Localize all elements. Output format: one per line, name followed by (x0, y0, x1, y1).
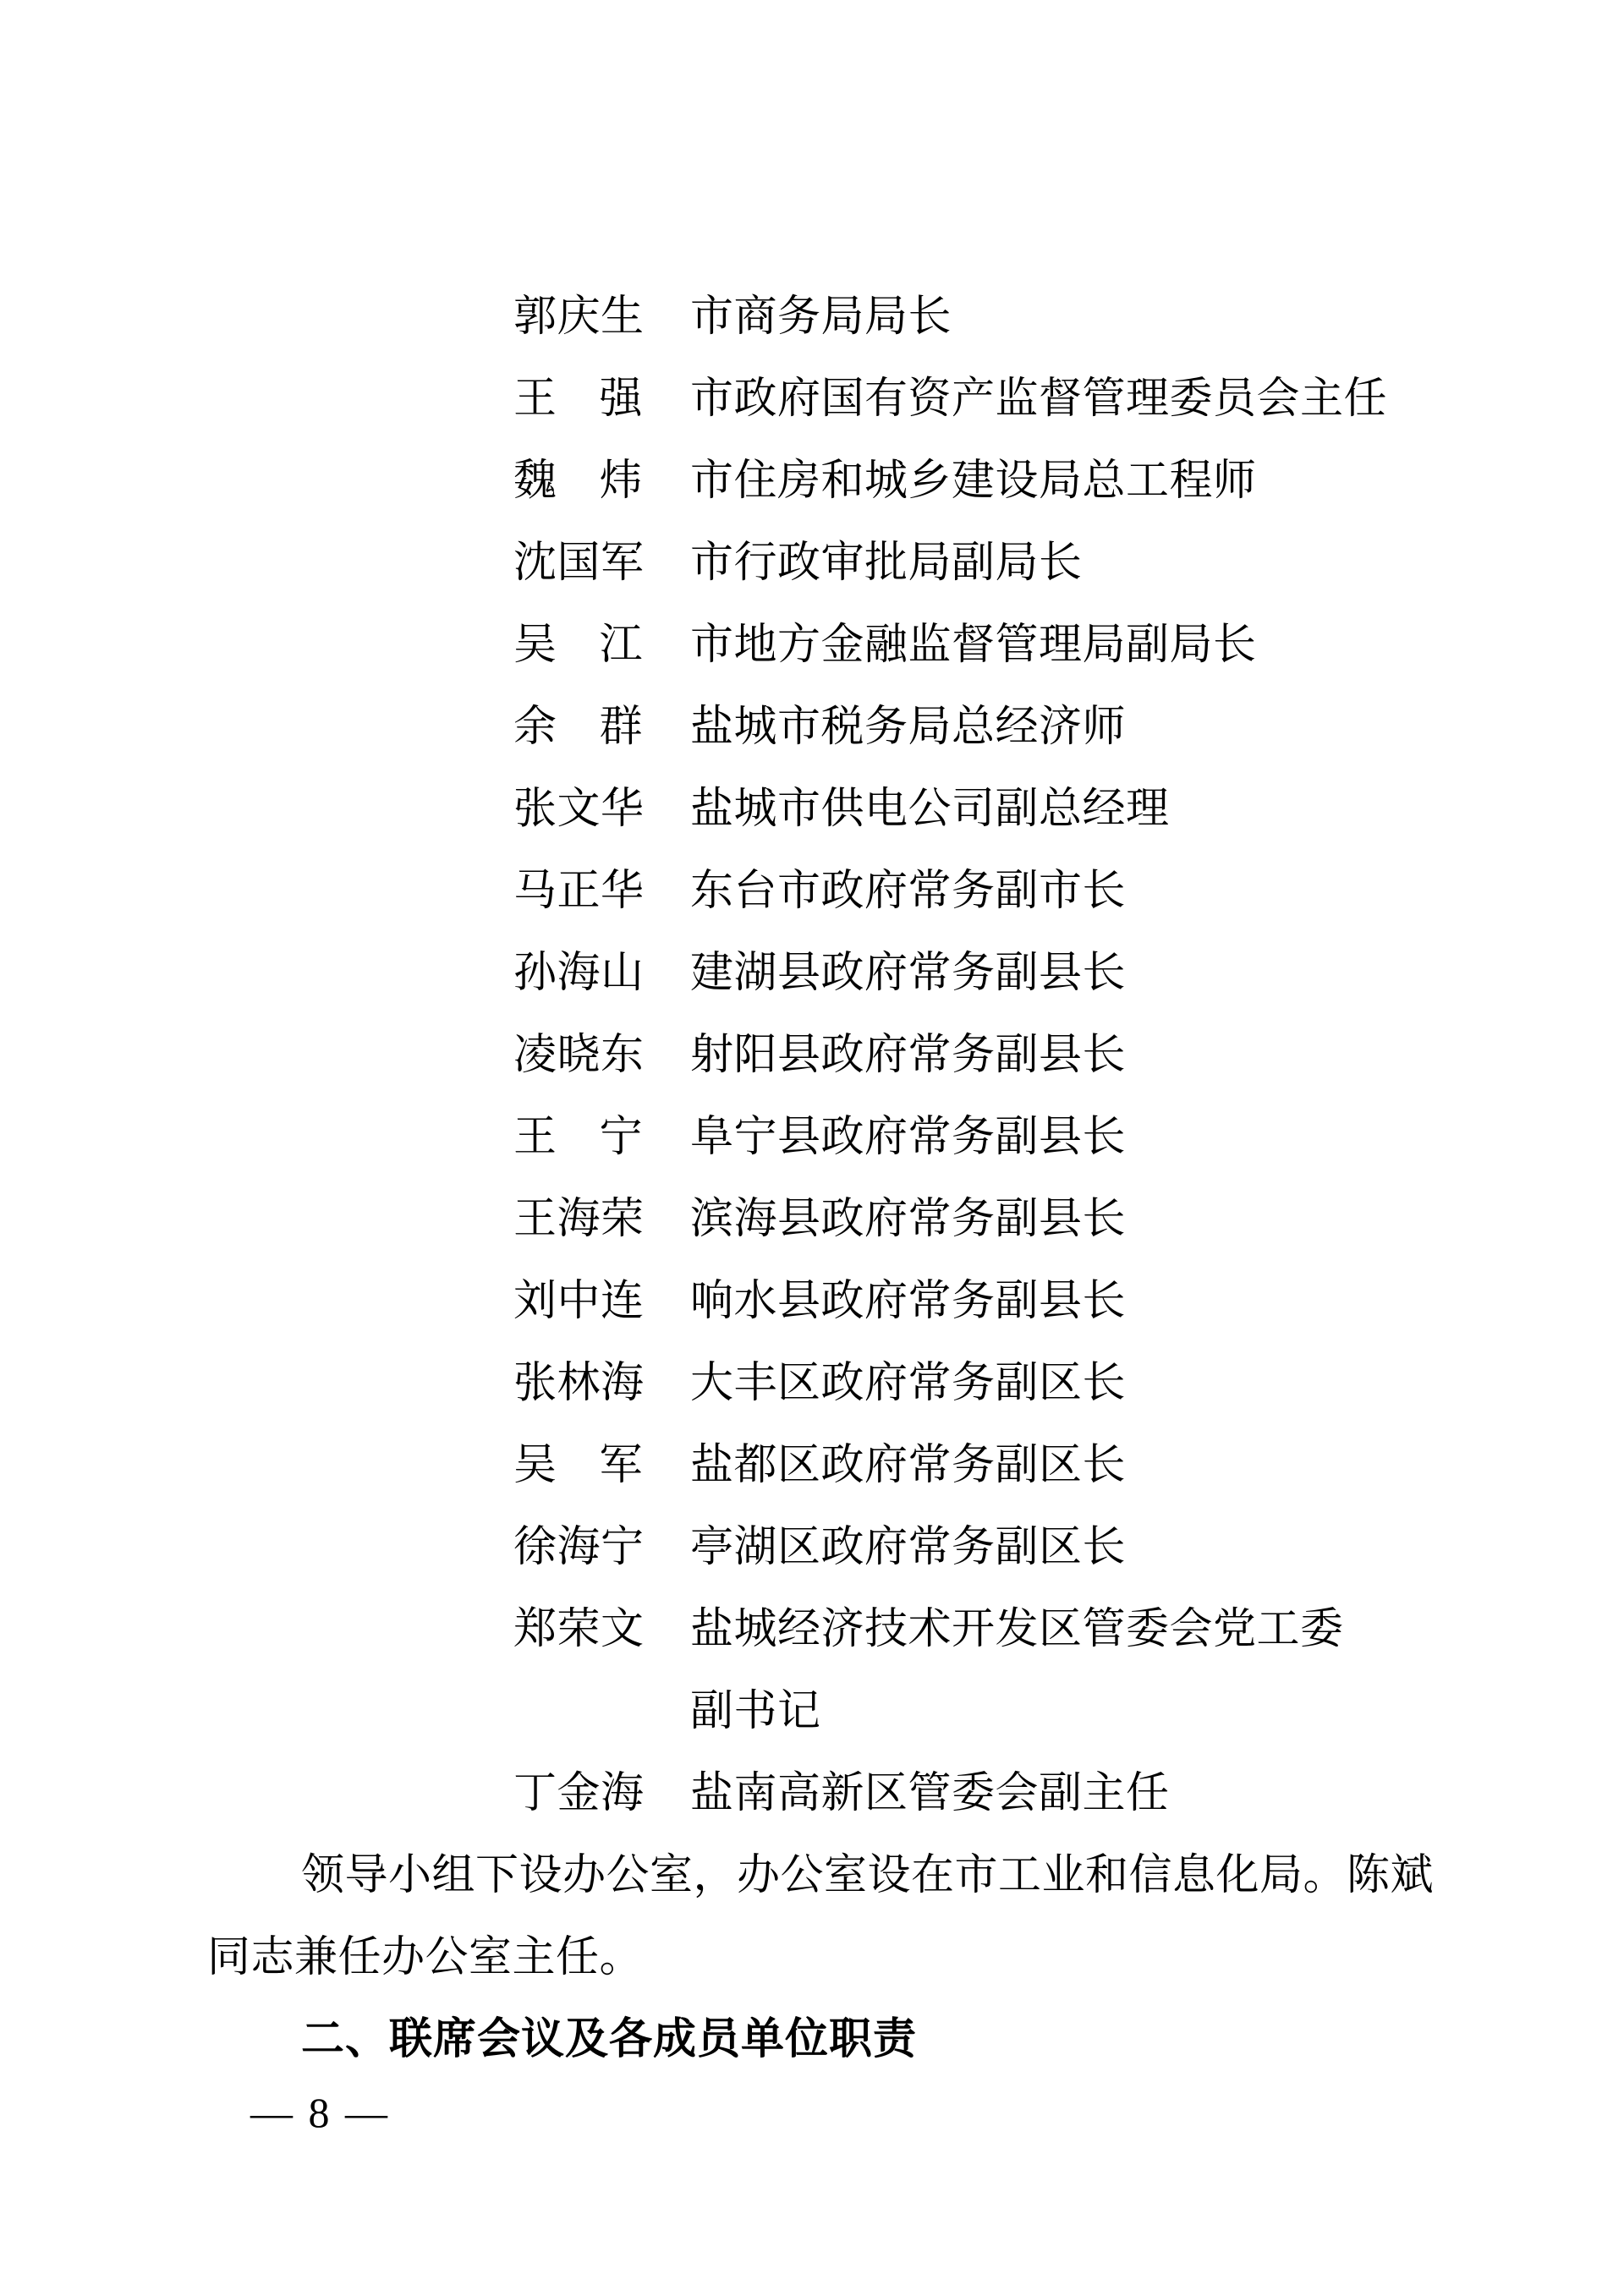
member-title: 市商务局局长 (690, 275, 1417, 357)
member-title-text: 市商务局局长 (690, 292, 952, 340)
member-name: 魏炜 (513, 439, 643, 521)
member-row: 郭庆生 市商务局局长 (207, 275, 1417, 357)
member-row: 王海荣 滨海县政府常务副县长 (207, 1177, 1417, 1259)
member-name: 孙海山 (513, 931, 643, 1013)
member-row: 吴江 市地方金融监督管理局副局长 (207, 603, 1417, 685)
member-name: 吴江 (513, 603, 643, 685)
member-list-section: 郭庆生 市商务局局长 王强 市政府国有资产监督管理委员会主任 魏炜 市住房和城乡… (207, 275, 1417, 2080)
member-name: 凌晓东 (513, 1013, 643, 1095)
member-row: 刘中连 响水县政府常务副县长 (207, 1259, 1417, 1341)
member-title-text: 盐都区政府常务副区长 (690, 1440, 1126, 1488)
member-title-text: 市行政审批局副局长 (690, 538, 1083, 586)
member-name: 吴军 (513, 1423, 643, 1505)
member-title-text: 盐南高新区管委会副主任 (690, 1768, 1170, 1817)
member-row: 吴军 盐都区政府常务副区长 (207, 1423, 1417, 1505)
member-title: 东台市政府常务副市长 (690, 849, 1417, 931)
member-title-text: 大丰区政府常务副区长 (690, 1358, 1126, 1406)
member-title: 亭湖区政府常务副区长 (690, 1505, 1417, 1587)
member-title: 响水县政府常务副县长 (690, 1259, 1417, 1341)
office-paragraph-line2: 同志兼任办公室主任。 (207, 1915, 1417, 1997)
member-title-line2: 副书记 (690, 1669, 1417, 1751)
member-name: 徐海宁 (513, 1505, 643, 1587)
member-row: 张林海 大丰区政府常务副区长 (207, 1341, 1417, 1423)
member-name: 张林海 (513, 1341, 643, 1423)
member-title-text: 建湖县政府常务副县长 (690, 948, 1126, 996)
member-row: 马正华 东台市政府常务副市长 (207, 849, 1417, 931)
member-title: 滨海县政府常务副县长 (690, 1177, 1417, 1259)
member-title: 市行政审批局副局长 (690, 521, 1417, 603)
member-row: 张文华 盐城市供电公司副总经理 (207, 767, 1417, 849)
member-title: 建湖县政府常务副县长 (690, 931, 1417, 1013)
member-title-text: 市地方金融监督管理局副局长 (690, 620, 1257, 668)
member-title: 盐城经济技术开发区管委会党工委 副书记 (690, 1587, 1417, 1751)
member-row: 孙海山 建湖县政府常务副县长 (207, 931, 1417, 1013)
member-title-text: 射阳县政府常务副县长 (690, 1030, 1126, 1078)
member-row: 王宁 阜宁县政府常务副县长 (207, 1095, 1417, 1177)
member-title: 盐城市税务局总经济师 (690, 685, 1417, 767)
member-title: 市地方金融监督管理局副局长 (690, 603, 1417, 685)
member-name: 余群 (513, 685, 643, 767)
member-name: 丁金海 (513, 1751, 643, 1833)
member-name: 张文华 (513, 767, 643, 849)
member-row: 郑荣文 盐城经济技术开发区管委会党工委 副书记 (207, 1587, 1417, 1751)
page-number: — 8 — (250, 2089, 390, 2136)
member-title: 大丰区政府常务副区长 (690, 1341, 1417, 1423)
member-title: 市政府国有资产监督管理委员会主任 (690, 357, 1417, 439)
member-title-text: 东台市政府常务副市长 (690, 866, 1126, 914)
member-name: 刘中连 (513, 1259, 643, 1341)
member-title-text: 盐城市税务局总经济师 (690, 702, 1126, 750)
member-row: 徐海宁 亭湖区政府常务副区长 (207, 1505, 1417, 1587)
member-title-text: 滨海县政府常务副县长 (690, 1194, 1126, 1242)
member-name: 马正华 (513, 849, 643, 931)
member-row: 余群 盐城市税务局总经济师 (207, 685, 1417, 767)
member-name: 郑荣文 (513, 1587, 643, 1751)
member-title-text: 市政府国有资产监督管理委员会主任 (690, 374, 1387, 422)
member-title: 射阳县政府常务副县长 (690, 1013, 1417, 1095)
member-title-text: 市住房和城乡建设局总工程师 (690, 456, 1257, 504)
document-page: { "members": [ { "name": "郭庆生", "title":… (0, 0, 1624, 2296)
member-title-text: 盐城经济技术开发区管委会党工委 (690, 1604, 1344, 1652)
member-title-text: 阜宁县政府常务副县长 (690, 1112, 1126, 1160)
member-title: 盐都区政府常务副区长 (690, 1423, 1417, 1505)
member-row: 丁金海 盐南高新区管委会副主任 (207, 1751, 1417, 1833)
member-name: 王海荣 (513, 1177, 643, 1259)
member-row: 凌晓东 射阳县政府常务副县长 (207, 1013, 1417, 1095)
member-name: 沈国军 (513, 521, 643, 603)
member-title: 盐城市供电公司副总经理 (690, 767, 1417, 849)
member-row: 王强 市政府国有资产监督管理委员会主任 (207, 357, 1417, 439)
member-title: 市住房和城乡建设局总工程师 (690, 439, 1417, 521)
office-paragraph-line1: 领导小组下设办公室，办公室设在市工业和信息化局。陈斌 (207, 1833, 1417, 1915)
member-title: 盐南高新区管委会副主任 (690, 1751, 1417, 1833)
member-title-text: 响水县政府常务副县长 (690, 1276, 1126, 1324)
member-row: 魏炜 市住房和城乡建设局总工程师 (207, 439, 1417, 521)
section-heading: 二、联席会议及各成员单位职责 (207, 1997, 1417, 2080)
member-title-text: 盐城市供电公司副总经理 (690, 784, 1170, 832)
member-title-text: 亭湖区政府常务副区长 (690, 1522, 1126, 1570)
member-row: 沈国军 市行政审批局副局长 (207, 521, 1417, 603)
member-title: 阜宁县政府常务副县长 (690, 1095, 1417, 1177)
member-name: 郭庆生 (513, 275, 643, 357)
member-name: 王强 (513, 357, 643, 439)
member-name: 王宁 (513, 1095, 643, 1177)
